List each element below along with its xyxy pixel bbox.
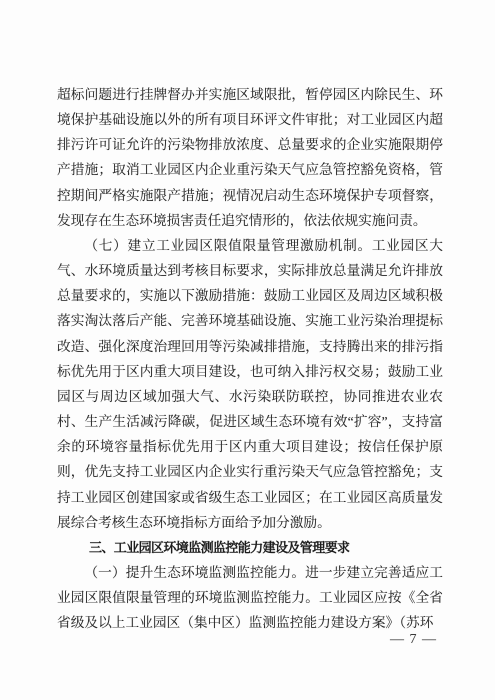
document-page: 超标问题进行挂牌督办并实施区域限批，暂停园区内除民生、环境保护基础设施以外的所有… — [0, 0, 495, 700]
section-heading: 三、工业园区环境监测监控能力建设及管理要求 — [57, 535, 443, 560]
document-body: 超标问题进行挂牌督办并实施区域限批，暂停园区内除民生、环境保护基础设施以外的所有… — [57, 82, 443, 635]
page-number: — 7 — — [390, 630, 437, 650]
body-paragraph-item-7: （七）建立工业园区限值限量管理激励机制。工业园区大气、水环境质量达到考核目标要求… — [57, 233, 443, 535]
body-paragraph-continuation: 超标问题进行挂牌督办并实施区域限批，暂停园区内除民生、环境保护基础设施以外的所有… — [57, 82, 443, 233]
body-paragraph-item-1: （一）提升生态环境监测监控能力。进一步建立完善适应工业园区限值限量管理的环境监测… — [57, 560, 443, 635]
